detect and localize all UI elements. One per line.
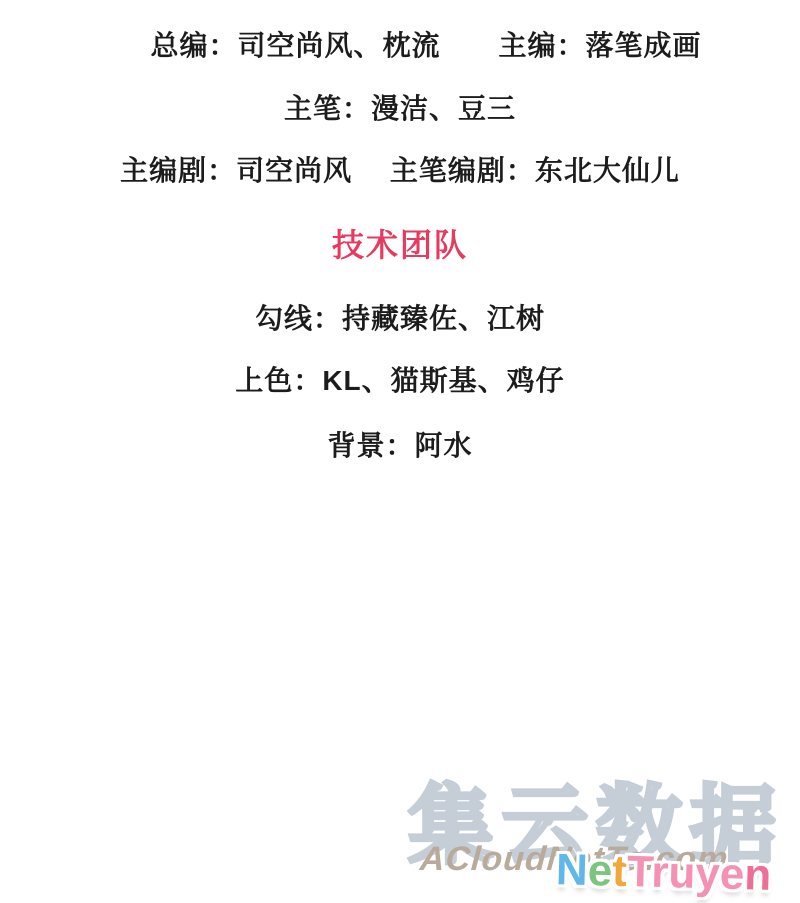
credit-line-lead-artist: 主笔：漫洁、豆三 <box>284 93 516 124</box>
credit-line-screenwriters: 主编剧：司空尚风 主笔编剧：东北大仙儿 <box>120 155 680 186</box>
watermark-site-letter: N <box>555 845 588 895</box>
credits-block: 总编：司空尚风、枕流 主编：落笔成画 主笔：漫洁、豆三 主编剧：司空尚风 主笔编… <box>0 0 800 461</box>
credit-line-coloring: 上色：KL、猫斯基、鸡仔 <box>235 365 564 396</box>
watermark-site-letter: u <box>668 848 696 898</box>
watermark-site-letter: y <box>695 849 721 899</box>
watermark-site-letter: e <box>587 846 613 896</box>
watermark-site-letter: e <box>719 849 745 899</box>
credit-line-lineart: 勾线：持藏臻佐、江树 <box>255 303 545 334</box>
section-title-tech-team: 技术团队 <box>332 228 468 263</box>
watermark-site-letter: n <box>744 850 772 900</box>
credit-line-background: 背景：阿水 <box>327 430 472 461</box>
watermark-site-name: NetTruyen <box>555 845 771 901</box>
watermark-url: ACloudNetTa.com <box>419 840 730 879</box>
watermark-brand-cn: 集云数据 <box>408 756 784 880</box>
watermark-site-letter: t <box>612 847 628 896</box>
watermark-site-letter: T <box>626 847 652 897</box>
watermark-site-letter: r <box>651 848 669 897</box>
credit-line-chief-editor: 总编：司空尚风、枕流 主编：落笔成画 <box>150 30 701 61</box>
